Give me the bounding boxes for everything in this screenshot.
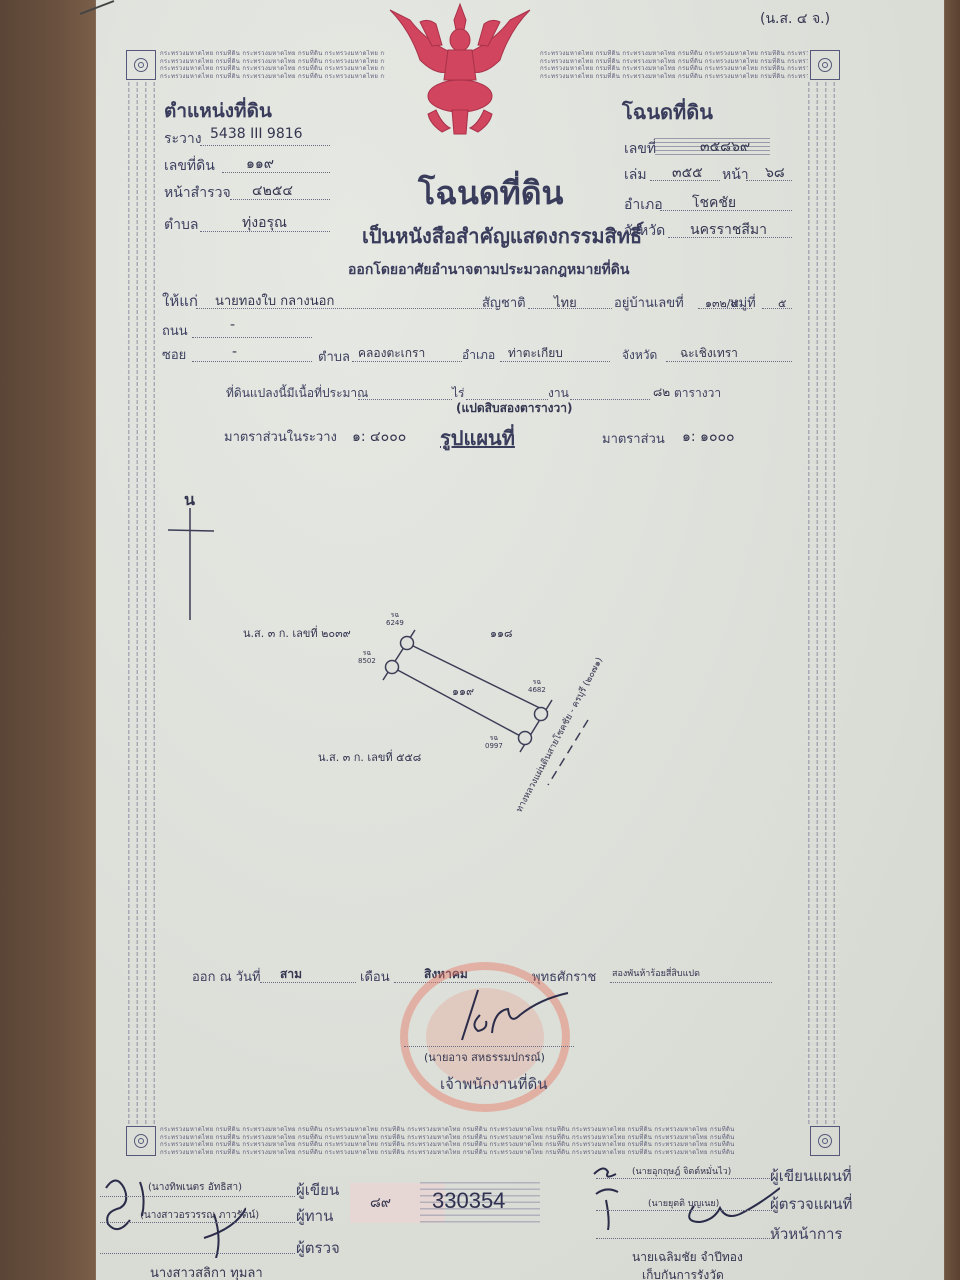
officer-name: (นายอาจ สหธรรมปกรณ์)	[424, 1048, 545, 1066]
map-writer-name: (นายอุกฤษฎ์ จิตต์หมั่นไว)	[632, 1164, 731, 1178]
writer-name: (นางทิพเนตร อัทธิสา)	[148, 1180, 242, 1195]
map-writer-role: ผู้เขียนแผนที่	[770, 1164, 852, 1188]
parcel-number: ๑๑๙	[452, 682, 474, 700]
issued-year: สองพันห้าร้อยสี่สิบแปด	[612, 966, 700, 980]
writer-role: ผู้เขียน	[296, 1178, 339, 1202]
month-label: เดือน	[360, 966, 390, 987]
neighbor-southwest: น.ส. ๓ ก. เลขที่ ๕๕๘	[318, 748, 421, 766]
reviewer-name: (นางสาวอรวรรณ ภาวรัตน์)	[140, 1208, 259, 1223]
neighbor-northeast: ๑๑๘	[490, 624, 512, 642]
officer-signature	[440, 985, 570, 1045]
issued-day: สาม	[280, 965, 302, 984]
map-inspector-name: (นายยุตติ บุญเนย)	[648, 1196, 719, 1210]
boundary-marker-2: รฉ8502	[358, 649, 376, 665]
serial-number: 330354	[432, 1188, 505, 1214]
reviewer-role: ผู้ทาน	[296, 1204, 333, 1228]
officer-title: เจ้าพนักงานที่ดิน	[440, 1072, 547, 1096]
issued-date-label: ออก ณ วันที่	[192, 966, 261, 987]
neighbor-northwest: น.ส. ๓ ก. เลขที่ ๒๐๓๙	[243, 624, 351, 642]
head-title: เก็บกันการรังวัด	[642, 1266, 724, 1280]
boundary-marker-3: รฉ4682	[528, 678, 546, 694]
map-inspector-role: ผู้ตรวจแผนที่	[770, 1192, 852, 1216]
head-role: หัวหน้าการ	[770, 1222, 842, 1246]
boundary-marker-4: รฉ0997	[485, 734, 503, 750]
boundary-marker-1: รฉ6249	[386, 611, 404, 627]
serial-prefix: ๘๙	[370, 1192, 391, 1214]
inspector-name: นางสาวสลิกา ทุมลา	[150, 1262, 263, 1280]
head-name: นายเฉลิมชัย จำปีทอง	[632, 1248, 743, 1267]
inspector-role: ผู้ตรวจ	[296, 1236, 340, 1260]
